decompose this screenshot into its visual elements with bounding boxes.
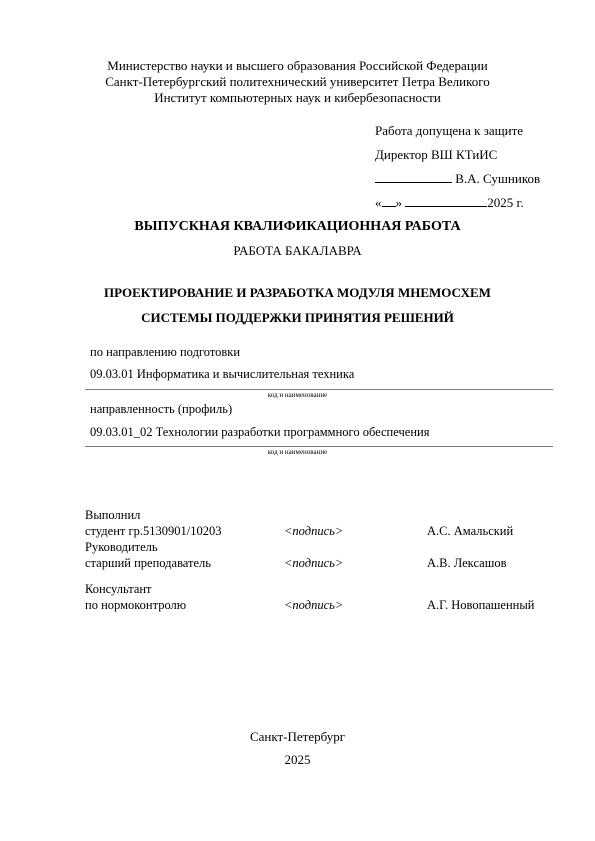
quote-close: » bbox=[396, 195, 403, 210]
profile-underline bbox=[85, 446, 553, 447]
approval-signature-line: В.А. Сушников bbox=[375, 171, 540, 186]
direction-label: по направлению подготовки bbox=[90, 345, 240, 360]
footer-year: 2025 bbox=[0, 752, 595, 767]
profile-label: направленность (профиль) bbox=[90, 402, 232, 417]
signer-role: Консультант bbox=[85, 582, 152, 597]
work-title: ВЫПУСКНАЯ КВАЛИФИКАЦИОННАЯ РАБОТА bbox=[0, 219, 595, 235]
direction-caption: код и наименование bbox=[0, 391, 595, 399]
direction-underline bbox=[85, 389, 553, 390]
signature-placeholder: <подпись> bbox=[284, 524, 343, 539]
approval-director: Директор ВШ КТиИС bbox=[375, 147, 497, 162]
approval-year: 2025 г. bbox=[487, 195, 523, 210]
profile-caption: код и наименование bbox=[0, 448, 595, 456]
institute-name: Институт компьютерных наук и кибербезопа… bbox=[0, 90, 595, 105]
approval-admitted: Работа допущена к защите bbox=[375, 123, 523, 138]
day-blank bbox=[382, 195, 396, 207]
signer-name: А.С. Амальский bbox=[427, 524, 513, 539]
topic-line-2: СИСТЕМЫ ПОДДЕРЖКИ ПРИНЯТИЯ РЕШЕНИЙ bbox=[0, 310, 595, 325]
signer-name: А.В. Лексашов bbox=[427, 556, 506, 571]
ministry-name: Министерство науки и высшего образования… bbox=[0, 58, 595, 73]
profile-value: 09.03.01_02 Технологии разработки програ… bbox=[90, 425, 429, 440]
approval-signer: В.А. Сушников bbox=[455, 171, 540, 186]
signer-position: студент гр.5130901/10203 bbox=[85, 524, 221, 539]
signature-blank bbox=[375, 171, 452, 183]
approval-date-line: «» 2025 г. bbox=[375, 195, 524, 210]
signature-placeholder: <подпись> bbox=[284, 598, 343, 613]
month-blank bbox=[405, 195, 487, 207]
topic-line-1: ПРОЕКТИРОВАНИЕ И РАЗРАБОТКА МОДУЛЯ МНЕМО… bbox=[0, 285, 595, 300]
signer-position: старший преподаватель bbox=[85, 556, 211, 571]
university-name: Санкт-Петербургский политехнический унив… bbox=[0, 74, 595, 89]
footer-city: Санкт-Петербург bbox=[0, 729, 595, 744]
direction-value: 09.03.01 Информатика и вычислительная те… bbox=[90, 367, 354, 382]
signature-placeholder: <подпись> bbox=[284, 556, 343, 571]
signer-position: по нормоконтролю bbox=[85, 598, 186, 613]
signer-name: А.Г. Новопашенный bbox=[427, 598, 534, 613]
work-type: РАБОТА БАКАЛАВРА bbox=[0, 243, 595, 258]
signer-role: Руководитель bbox=[85, 540, 158, 555]
signer-role: Выполнил bbox=[85, 508, 140, 523]
